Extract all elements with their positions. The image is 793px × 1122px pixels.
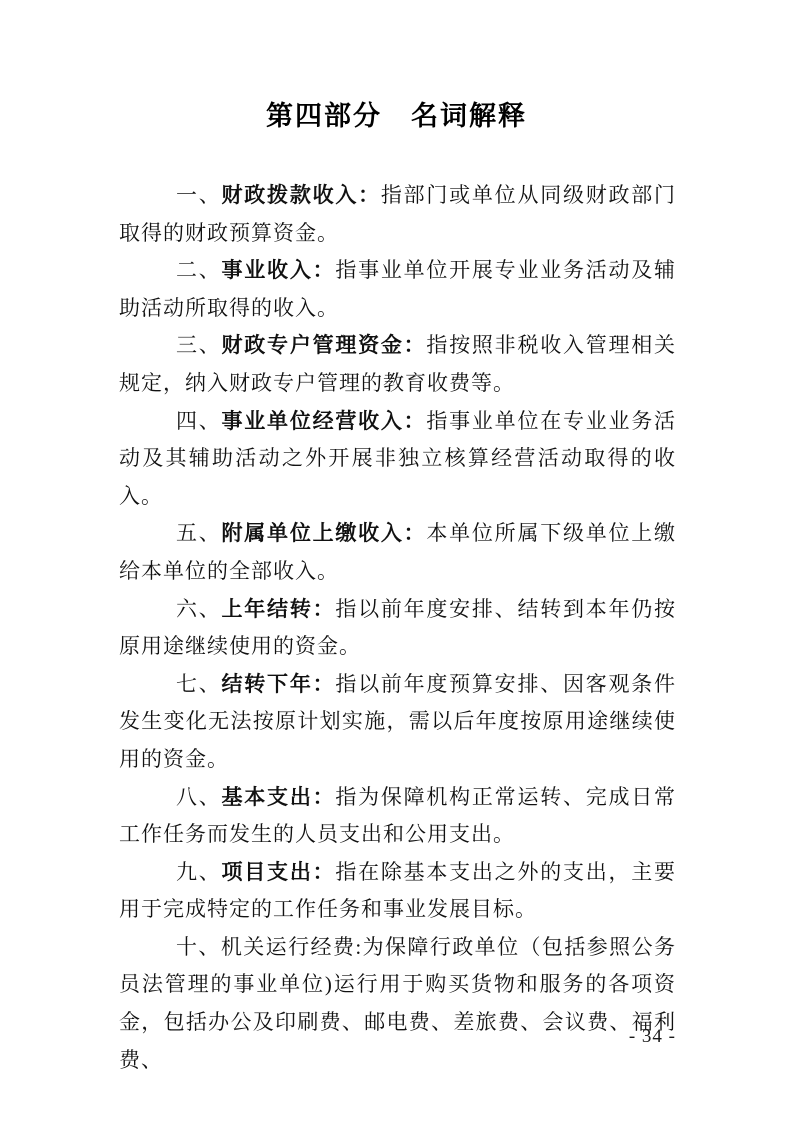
page-title: 第四部分 名词解释 bbox=[0, 0, 793, 133]
glossary-item: 十、机关运行经费:为保障行政单位（包括参照公务员法管理的事业单位)运行用于购买货… bbox=[119, 929, 676, 1079]
item-ordinal: 八、 bbox=[176, 785, 222, 809]
item-term: 附属单位上缴收入： bbox=[222, 521, 427, 545]
item-ordinal: 九、 bbox=[176, 860, 222, 884]
item-ordinal: 十、 bbox=[176, 935, 221, 959]
glossary-item: 一、财政拨款收入：指部门或单位从同级财政部门取得的财政预算资金。 bbox=[119, 177, 676, 252]
glossary-item: 六、上年结转：指以前年度安排、结转到本年仍按原用途继续使用的资金。 bbox=[119, 591, 676, 666]
document-page: 第四部分 名词解释 一、财政拨款收入：指部门或单位从同级财政部门取得的财政预算资… bbox=[0, 0, 793, 1122]
item-term: 机关运行经费: bbox=[221, 935, 362, 959]
glossary-content: 一、财政拨款收入：指部门或单位从同级财政部门取得的财政预算资金。 二、事业收入：… bbox=[0, 177, 793, 1079]
item-ordinal: 一、 bbox=[176, 183, 222, 207]
item-term: 结转下年： bbox=[222, 672, 336, 696]
glossary-item: 二、事业收入：指事业单位开展专业业务活动及辅助活动所取得的收入。 bbox=[119, 252, 676, 327]
item-term: 财政专户管理资金： bbox=[222, 333, 427, 357]
item-term: 事业单位经营收入： bbox=[222, 409, 427, 433]
item-ordinal: 三、 bbox=[176, 333, 222, 357]
item-ordinal: 四、 bbox=[176, 409, 222, 433]
item-ordinal: 七、 bbox=[176, 672, 222, 696]
item-term: 财政拨款收入： bbox=[222, 183, 381, 207]
item-term: 事业收入： bbox=[222, 258, 336, 282]
item-ordinal: 六、 bbox=[176, 597, 222, 621]
page-number: - 34 - bbox=[629, 1026, 676, 1048]
item-term: 上年结转： bbox=[222, 597, 336, 621]
glossary-item: 八、基本支出：指为保障机构正常运转、完成日常工作任务而发生的人员支出和公用支出。 bbox=[119, 779, 676, 854]
item-ordinal: 五、 bbox=[176, 521, 222, 545]
glossary-item: 九、项目支出：指在除基本支出之外的支出，主要用于完成特定的工作任务和事业发展目标… bbox=[119, 854, 676, 929]
item-ordinal: 二、 bbox=[176, 258, 222, 282]
item-term: 基本支出： bbox=[222, 785, 336, 809]
glossary-item: 四、事业单位经营收入：指事业单位在专业业务活动及其辅助活动之外开展非独立核算经营… bbox=[119, 403, 676, 516]
glossary-item: 七、结转下年：指以前年度预算安排、因客观条件发生变化无法按原计划实施，需以后年度… bbox=[119, 666, 676, 779]
glossary-item: 五、附属单位上缴收入：本单位所属下级单位上缴给本单位的全部收入。 bbox=[119, 515, 676, 590]
glossary-item: 三、财政专户管理资金：指按照非税收入管理相关规定，纳入财政专户管理的教育收费等。 bbox=[119, 327, 676, 402]
item-term: 项目支出： bbox=[222, 860, 336, 884]
